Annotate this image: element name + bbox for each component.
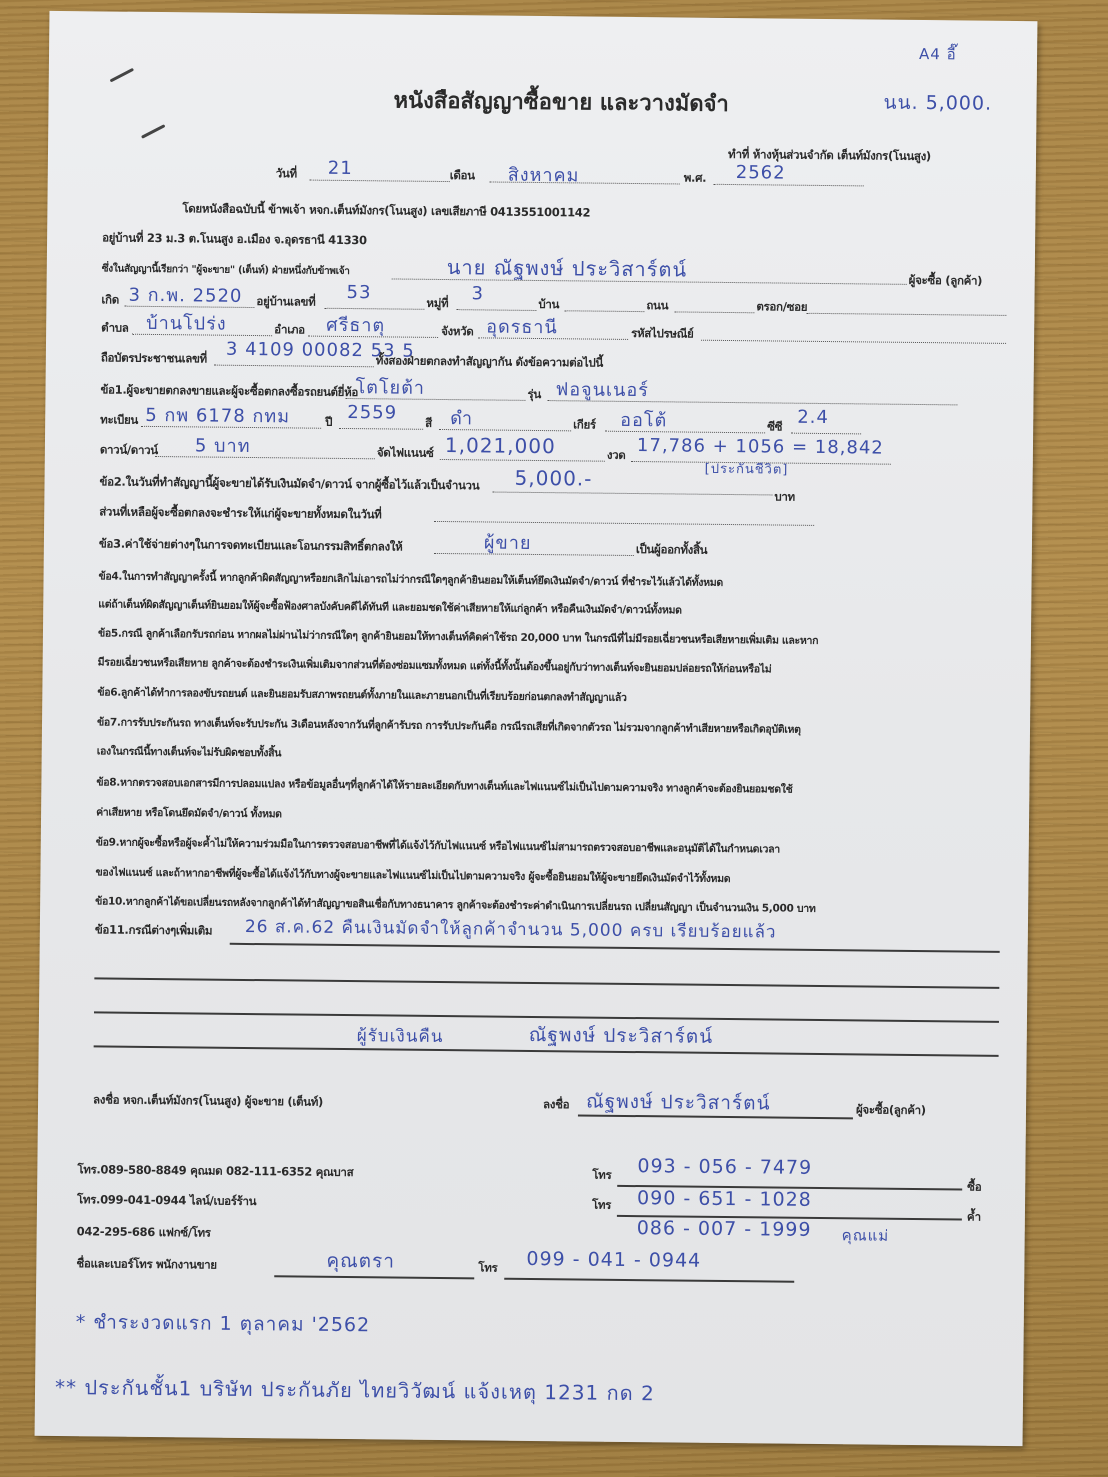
extra-phone: 086 - 007 - 1999 bbox=[637, 1217, 812, 1241]
footnote-first-payment: * ชำระงวดแรก 1 ตุลาคม '2562 bbox=[76, 1307, 371, 1340]
subdistrict-value: บ้านโปร่ง bbox=[146, 308, 227, 338]
sales-name: คุณตรา bbox=[326, 1246, 395, 1277]
clause-line: ข้อ5.กรณี ลูกค้าเลือกรับรถก่อน หากผลไม่ผ… bbox=[98, 624, 818, 649]
postcode-label: รหัสไปรษณีย์ bbox=[631, 325, 694, 344]
vehicle-year: 2559 bbox=[347, 402, 397, 424]
clause-line: ค่าเสียหาย หรือโดนยึดมัดจำ/ดาวน์ ทั้งหมด bbox=[96, 803, 282, 822]
color-label: สี bbox=[425, 415, 432, 433]
document-title: หนังสือสัญญาซื้อขาย และวางมัดจำ bbox=[393, 82, 729, 121]
corner-note-paper-size: A4 อี๊ bbox=[919, 42, 957, 66]
down-value: 5 บาท bbox=[195, 430, 251, 460]
corner-note-amount: นน. 5,000. bbox=[883, 88, 992, 119]
date-month-label: เดือน bbox=[450, 167, 475, 185]
model-label: รุ่น bbox=[527, 386, 541, 404]
guarantor-tel-label: โทร bbox=[592, 1197, 611, 1215]
alley-label: ตรอก/ซอย bbox=[756, 298, 807, 317]
clause3-value: ผู้ขาย bbox=[484, 527, 532, 556]
seller-fax: 042-295-686 แฟกซ์/โทร bbox=[77, 1223, 211, 1242]
intro-line: โดยหนังสือฉบับนี้ ข้าพเจ้า หจก.เต็นท์มัง… bbox=[182, 200, 590, 222]
guarantor-phone-suffix: ค้ำ bbox=[967, 1209, 981, 1227]
contract-paper: หนังสือสัญญาซื้อขาย และวางมัดจำ A4 อี๊ น… bbox=[35, 11, 1038, 1446]
house-no-value: 53 bbox=[346, 282, 371, 303]
clause-line: เองในกรณีนี้ทางเต็นท์จะไม่รับผิดชอบทั้งส… bbox=[97, 742, 282, 761]
extra-phone-name: คุณแม่ bbox=[842, 1223, 890, 1247]
vehicle-cc: 2.4 bbox=[797, 407, 829, 428]
clause2-remaining: ส่วนที่เหลือผู้จะซื้อตกลงจะชำระให้แก่ผู้… bbox=[99, 503, 381, 524]
vehicle-color: ดำ bbox=[450, 403, 473, 432]
clause11-label: ข้อ11.กรณีต่างๆเพิ่มเติม bbox=[95, 921, 213, 940]
moo-label: หมู่ที่ bbox=[426, 295, 448, 313]
plate-label: ทะเบียน bbox=[100, 411, 138, 429]
moo-value: 3 bbox=[471, 283, 484, 304]
buyer-name: นาย ณัฐพงษ์ ประวิสาร์ตน์ bbox=[447, 251, 688, 286]
vehicle-plate: 5 กพ 6178 กทม bbox=[145, 400, 290, 431]
seller-phone-1: โทร.089-580-8849 คุณมด 082-111-6352 คุณบ… bbox=[77, 1161, 353, 1182]
buyer-phone: 093 - 056 - 7479 bbox=[637, 1155, 812, 1179]
clause-line: แต่ถ้าเต็นท์ผิดสัญญาเต็นท์ยินยอมให้ผู้จะ… bbox=[98, 595, 682, 618]
seller-phone-2: โทร.099-041-0944 ไลน์/เบอร์ร้าน bbox=[77, 1191, 256, 1211]
born-value: 3 ก.พ. 2520 bbox=[128, 280, 242, 310]
deposit-note: [ประกันชีวิต] bbox=[705, 458, 789, 480]
province-value: อุดรธานี bbox=[486, 311, 558, 341]
clause3-text: ข้อ3.ค่าใช้จ่ายต่างๆในการจดทะเบียนและโอน… bbox=[99, 535, 403, 556]
vehicle-brand: โตโยต้า bbox=[355, 372, 425, 402]
clause1-label: ข้อ1.ผู้จะขายตกลงขายและผู้จะซื้อตกลงซื้อ… bbox=[100, 381, 358, 402]
sales-label: ชื่อและเบอร์โทร พนักงานขาย bbox=[76, 1255, 217, 1274]
buyer-tel-label: โทร bbox=[592, 1167, 611, 1185]
finance-value: 1,021,000 bbox=[445, 433, 556, 458]
sales-phone: 099 - 041 - 0944 bbox=[526, 1248, 701, 1272]
clause-line: ข้อ8.หากตรวจสอบเอกสารมีการปลอมแปลง หรือข… bbox=[96, 773, 792, 797]
deposit-amount: 5,000.- bbox=[514, 466, 592, 491]
deposit-unit: บาท bbox=[774, 488, 795, 506]
date-day-label: วันที่ bbox=[276, 165, 297, 183]
seller-clause: ซึ่งในสัญญานี้เรียกว่า "ผู้จะขาย" (เต็นท… bbox=[102, 261, 350, 279]
finance-label: จัดไฟแนนซ์ bbox=[377, 444, 434, 463]
date-year-label: พ.ศ. bbox=[684, 170, 707, 188]
seller-address: อยู่บ้านที่ 23 ม.3 ต.โนนสูง อ.เมือง จ.อุ… bbox=[102, 229, 367, 250]
buyer-signature-suffix: ผู้จะซื้อ(ลูกค้า) bbox=[856, 1101, 926, 1120]
clause-line: ของไฟแนนซ์ และถ้าหากอาชีพที่ผู้จะซื้อได้… bbox=[95, 863, 730, 887]
gear-label: เกียร์ bbox=[573, 416, 596, 434]
subdistrict-label: ตำบล bbox=[101, 319, 129, 337]
id-suffix: ทั้งสองฝ่ายตกลงทำสัญญากัน ดังข้อความต่อไ… bbox=[376, 352, 603, 372]
seller-signature-label: ลงชื่อ หจก.เต็นท์มังกร(โนนสูง) ผู้จะขาย … bbox=[93, 1091, 323, 1111]
check-mark-icon bbox=[141, 124, 165, 139]
date-month-value: สิงหาคม bbox=[508, 160, 580, 190]
sales-tel-label: โทร bbox=[478, 1259, 497, 1277]
refund-receiver-signature: ณัฐพงษ์ ประวิสาร์ตน์ bbox=[529, 1020, 714, 1052]
clause-line: ข้อ10.หากลูกค้าได้ขอเปลี่ยนรถหลังจากลูกค… bbox=[95, 892, 815, 917]
vehicle-gear: ออโต้ bbox=[620, 405, 667, 434]
cc-label: ซีซี bbox=[767, 418, 782, 436]
clause11-note: 26 ส.ค.62 คืนเงินมัดจำให้ลูกค้าจำนวน 5,0… bbox=[245, 913, 777, 946]
installment-label: งวด bbox=[607, 447, 626, 465]
buyer-role-label: ผู้จะซื้อ (ลูกค้า) bbox=[909, 272, 983, 291]
check-mark-icon bbox=[110, 68, 134, 83]
clause-line: ข้อ7.การรับประกันรถ ทางเต็นท์จะรับประกัน… bbox=[97, 713, 801, 737]
clause2-text: ข้อ2.ในวันที่ทำสัญญานี้ผู้จะขายได้รับเงิ… bbox=[99, 473, 479, 495]
guarantor-phone: 090 - 651 - 1028 bbox=[637, 1187, 812, 1211]
clause-line: ข้อ4.ในการทำสัญญาครั้งนี้ หากลูกค้าผิดสั… bbox=[98, 567, 723, 591]
footnote-insurance: ** ประกันชั้น1 บริษัท ประกันภัย ไทยวิวัฒ… bbox=[55, 1371, 655, 1409]
province-label: จังหวัด bbox=[441, 323, 474, 341]
born-label: เกิด bbox=[101, 291, 119, 309]
clause-line: ข้อ6.ลูกค้าได้ทำการลองขับรถยนต์ และยินยอ… bbox=[97, 683, 626, 706]
clause-line: มีรอยเฉี่ยวชนหรือเสียหาย ลูกค้าจะต้องชำร… bbox=[98, 653, 772, 677]
refund-receiver-label: ผู้รับเงินคืน bbox=[357, 1022, 444, 1050]
down-label: ดาวน์/ดาวน์ bbox=[100, 441, 158, 460]
installment-value: 17,786 + 1056 = 18,842 bbox=[637, 435, 884, 459]
id-label: ถือบัตรประชาชนเลขที่ bbox=[101, 349, 207, 368]
clause3-suffix: เป็นผู้ออกทั้งสิ้น bbox=[636, 541, 708, 560]
buyer-signature-prefix: ลงชื่อ bbox=[543, 1096, 569, 1114]
district-value: ศรีธาตุ bbox=[326, 310, 385, 340]
road-label: ถนน bbox=[646, 297, 668, 315]
year-label: ปี bbox=[325, 414, 332, 432]
house-no-label: อยู่บ้านเลขที่ bbox=[256, 293, 315, 312]
district-label: อำเภอ bbox=[274, 321, 305, 339]
vehicle-model: ฟอจูนเนอร์ bbox=[555, 374, 649, 404]
date-day-value: 21 bbox=[328, 158, 353, 179]
date-year-value: 2562 bbox=[736, 162, 786, 184]
clause-line: ข้อ9.หากผู้จะซื้อหรือผู้จะค้ำไม่ให้ความร… bbox=[96, 833, 780, 857]
buyer-signature: ณัฐพงษ์ ประวิสาร์ตน์ bbox=[586, 1087, 771, 1119]
buyer-phone-suffix: ซื้อ bbox=[967, 1179, 981, 1197]
